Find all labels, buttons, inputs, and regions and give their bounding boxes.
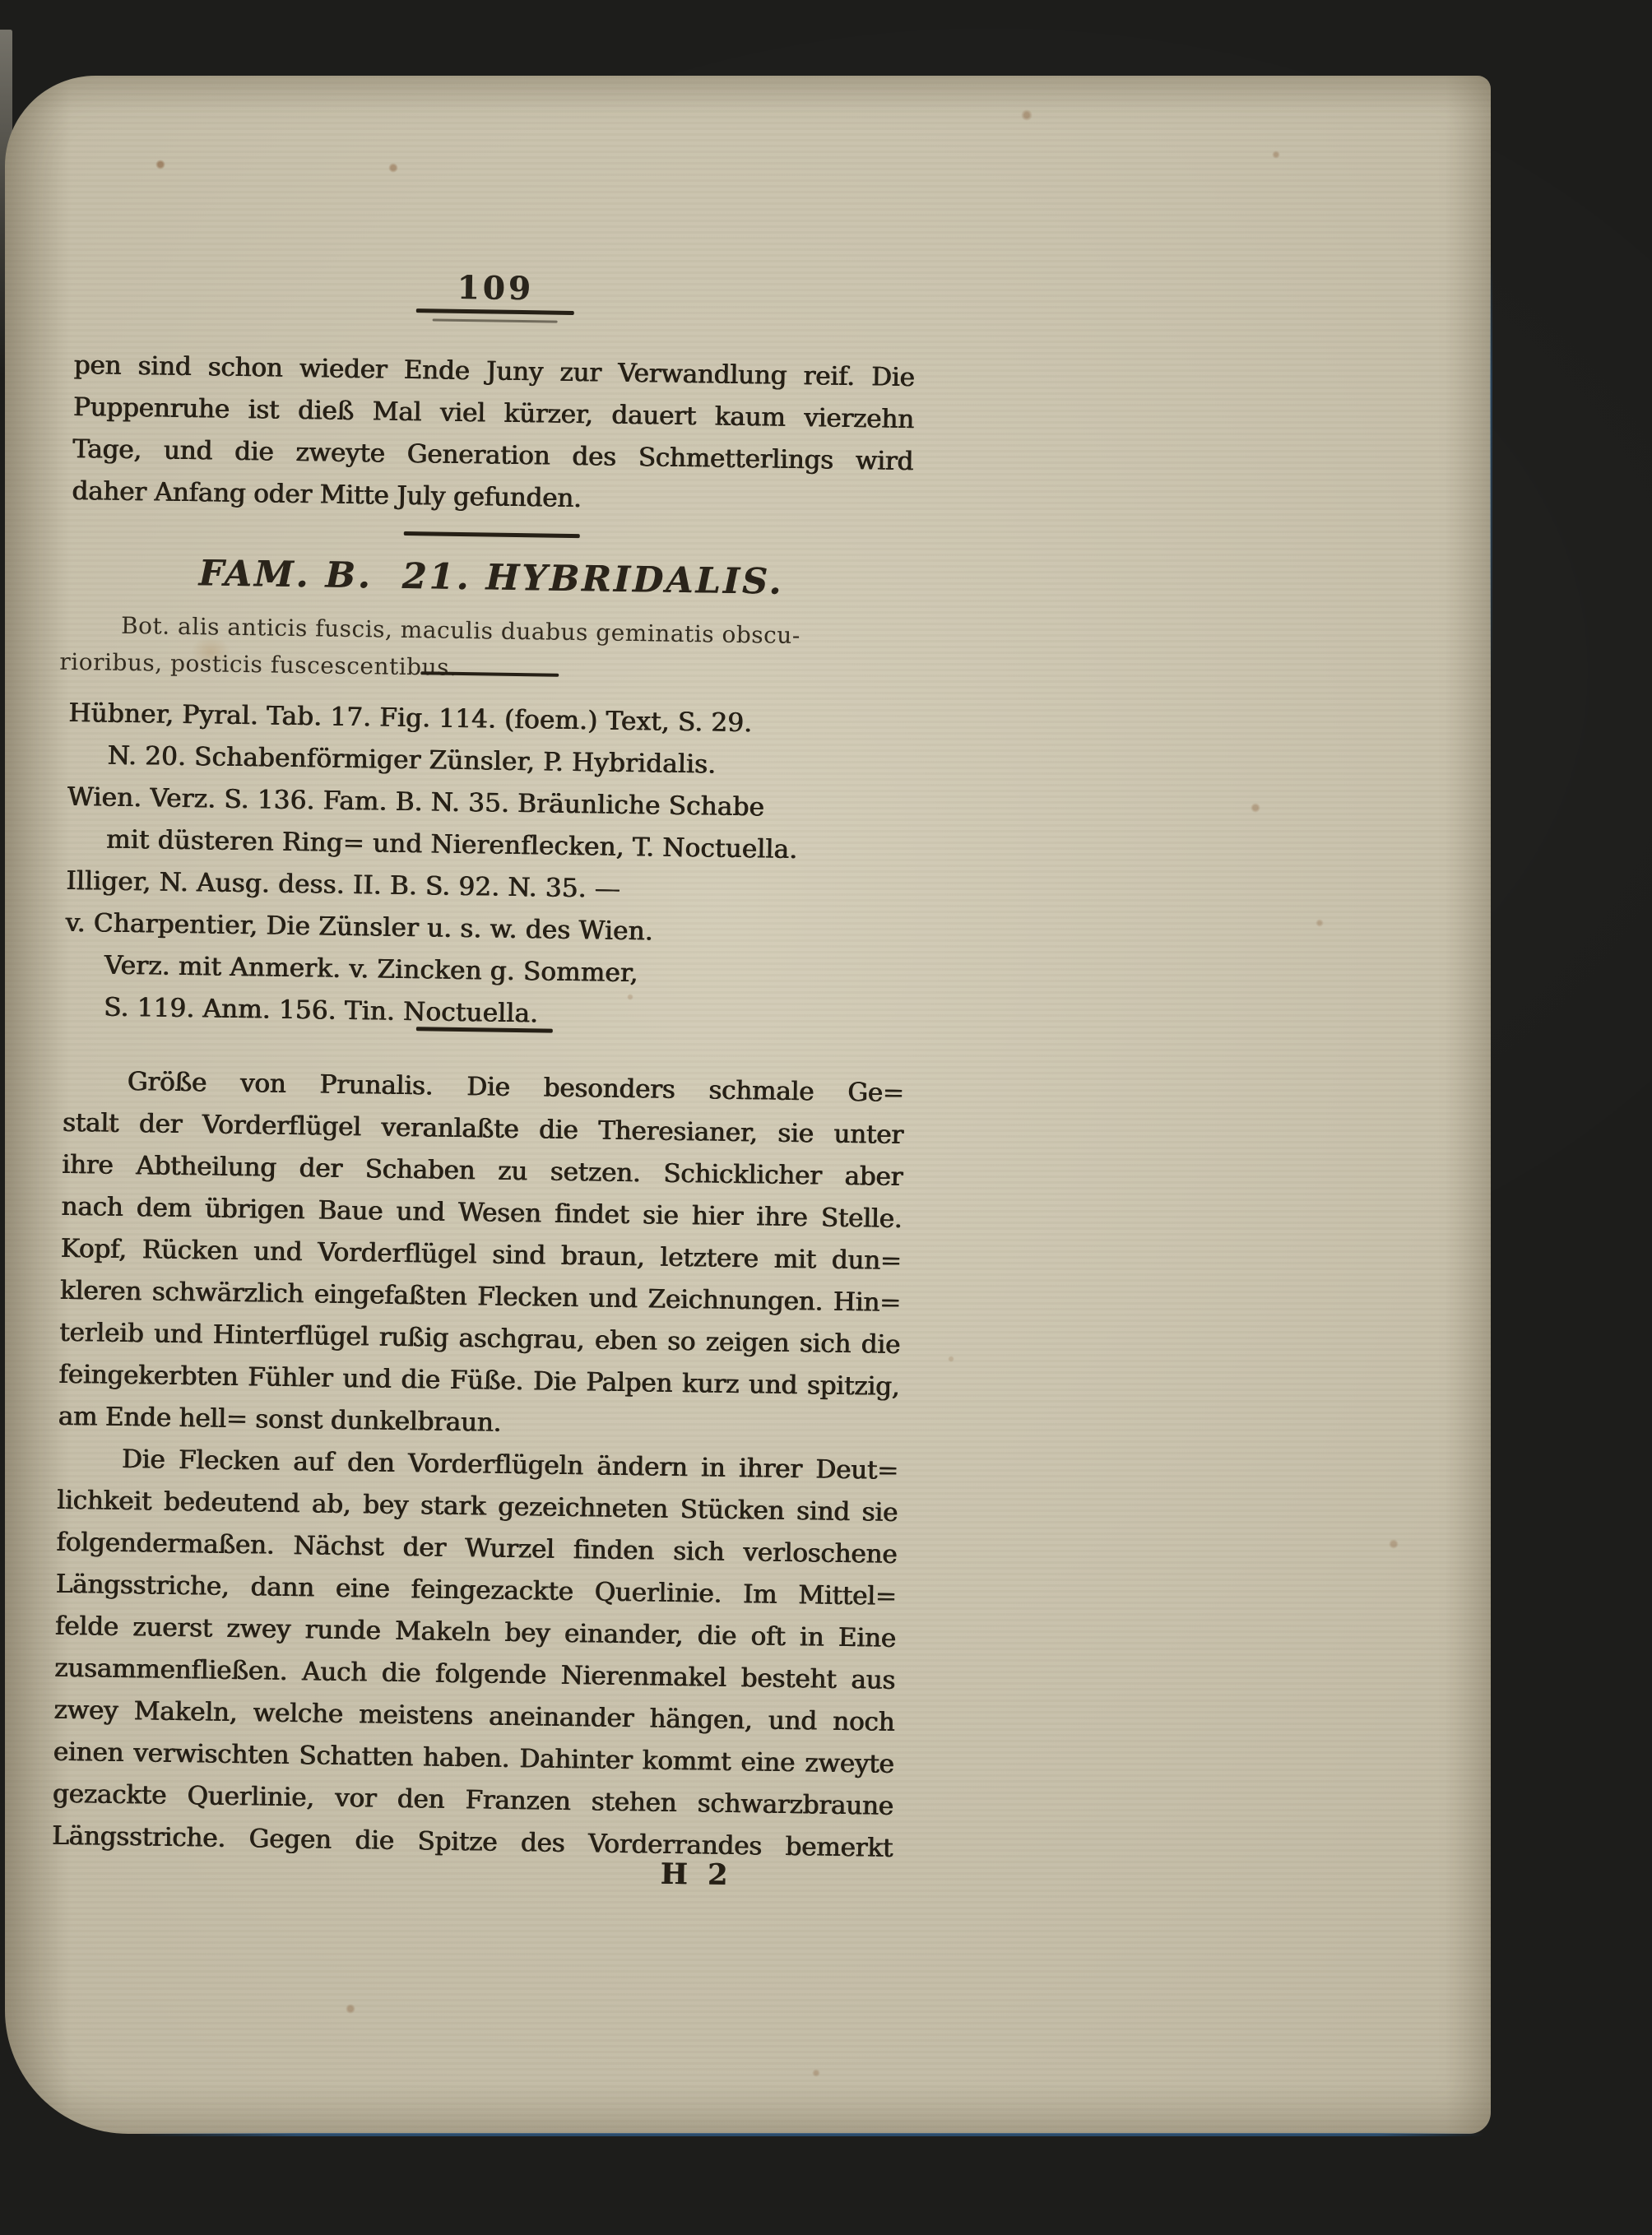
description-paragraph-1: Größe von Prunalis. Die besonders schmal… (58, 1060, 904, 1450)
latin-diagnosis: Bot. alis anticis fuscis, maculis duabus… (69, 606, 911, 693)
intro-paragraph: pen sind schon wieder Ende Juny zur Verw… (72, 345, 915, 525)
signature-mark: H 2 (660, 1857, 732, 1892)
page-number: 109 (457, 269, 534, 308)
book-page: 109 pen sind schon wieder Ende Juny zur … (5, 76, 1491, 2134)
page-number-rule (416, 308, 574, 315)
scan-backdrop: 109 pen sind schon wieder Ende Juny zur … (0, 0, 1652, 2235)
page-number-rule-shadow (433, 318, 558, 322)
reference-list: Hübner, Pyral. Tab. 17. Fig. 114. (foem.… (64, 693, 910, 1041)
description-paragraph-2: Die Flecken auf den Vorderflügeln ändern… (52, 1438, 898, 1870)
section-heading-wrap: FAM. B. 21. HYBRIDALIS. (71, 551, 912, 605)
section-heading: FAM. B. 21. HYBRIDALIS. (198, 553, 784, 603)
page-text-block: 109 pen sind schon wieder Ende Juny zur … (48, 76, 919, 2146)
page-header: 109 (75, 263, 916, 328)
section-divider (404, 531, 580, 538)
